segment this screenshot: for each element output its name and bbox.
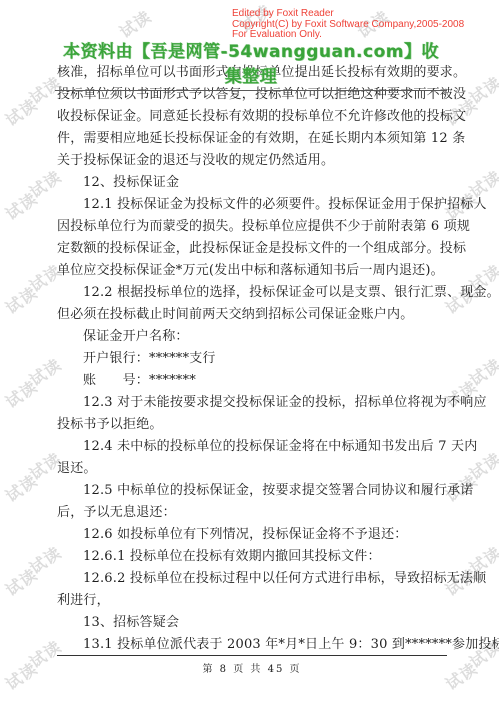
doc-text-line: 13、招标答疑会: [57, 612, 447, 634]
doc-text-line: 收投标保证金。同意延长投标有效期的投标单位不允许修改他的投标文: [57, 106, 447, 128]
foxit-evaluation-notice: Edited by Foxit Reader Copyright(C) by F…: [232, 9, 464, 41]
doc-text-line: 账 号：*******: [57, 370, 447, 392]
doc-text-line: 12.1 投标保证金为投标文件的必须要件。投标保证金用于保护招标人: [57, 194, 447, 216]
doc-text-line: 12.3 对于未能按要求提交投标保证金的投标，招标单位将视为不响应: [57, 392, 447, 414]
doc-text-line: 12.5 中标单位的投标保证金，按要求提交签署合同协议和履行承诺: [57, 480, 447, 502]
trial-watermark-text: 试读: [464, 70, 499, 108]
doc-text-line: 件，需要相应地延长投标保证金的有效期，在延长期内本须知第 12 条: [57, 128, 447, 150]
trial-watermark-text: 试读: [464, 352, 499, 390]
trial-watermark-text: 试读: [0, 562, 41, 600]
collector-banner: 本资料由【吾是网管-54wangguan.com】收集整理: [55, 37, 447, 91]
doc-text-line: 但必须在投标截止时间前两天交纳到招标公司保证金账户内。: [57, 304, 447, 326]
trial-watermark-text: 试读: [0, 656, 41, 694]
doc-text-line: 开户银行：******支行: [57, 348, 447, 370]
foxit-notice-line1: Edited by Foxit Reader: [232, 9, 464, 20]
trial-watermark-text: 试读: [0, 186, 41, 224]
doc-text-line: 后，予以无息退还：: [57, 502, 447, 524]
doc-text-line: 单位应交投标保证金*万元(发出中标和落标通知书后一周内退还)。: [57, 260, 447, 282]
trial-watermark-text: 试读: [0, 468, 41, 506]
doc-text-line: 因投标单位行为而蒙受的损失。投标单位应提供不少于前附表第 6 项规: [57, 216, 447, 238]
doc-text-line: 12.6.2 投标单位在投标过程中以任何方式进行串标，导致招标无法顺: [57, 568, 447, 590]
doc-text-line: 12.2 根据投标单位的选择，投标保证金可以是支票、银行汇票、现金。: [57, 282, 447, 304]
doc-text-line: 13.1 投标单位派代表于 2003 年*月*日上午 9：30 到*******…: [57, 634, 447, 656]
doc-text-line: 12.4 未中标的投标单位的投标保证金将在中标通知书发出后 7 天内: [57, 436, 447, 458]
document-body: 核准，招标单位可以书面形式向投标单位提出延长投标有效期的要求。投标单位须以书面形…: [57, 62, 447, 656]
doc-text-line: 退还。: [57, 458, 447, 480]
doc-text-line: 12.6.1 投标单位在投标有效期内撤回其投标文件：: [57, 546, 447, 568]
trial-watermark-text: 试读: [0, 280, 41, 318]
document-page: 试读试读试读试读试读试读试读试读试读试读试读试读试读试读试读试读试读试读试读试读…: [0, 0, 499, 706]
doc-text-line: 关于投标保证金的退还与没收的规定仍然适用。: [57, 150, 447, 172]
doc-text-line: 利进行，: [57, 590, 447, 612]
doc-text-line: 投标书予以拒绝。: [57, 414, 447, 436]
doc-text-line: 定数额的投标保证金，此投标保证金是投标文件的一个组成部分。投标: [57, 238, 447, 260]
page-footer: 第 8 页 共 45 页: [57, 655, 447, 675]
doc-text-line: 保证金开户名称：: [57, 326, 447, 348]
trial-watermark-text: 试读: [0, 374, 41, 412]
doc-text-line: 12.6 如投标单位有下列情况，投标保证金将不予退还：: [57, 524, 447, 546]
trial-watermark-text: 试读: [0, 92, 41, 130]
doc-text-line: 12、投标保证金: [57, 172, 447, 194]
